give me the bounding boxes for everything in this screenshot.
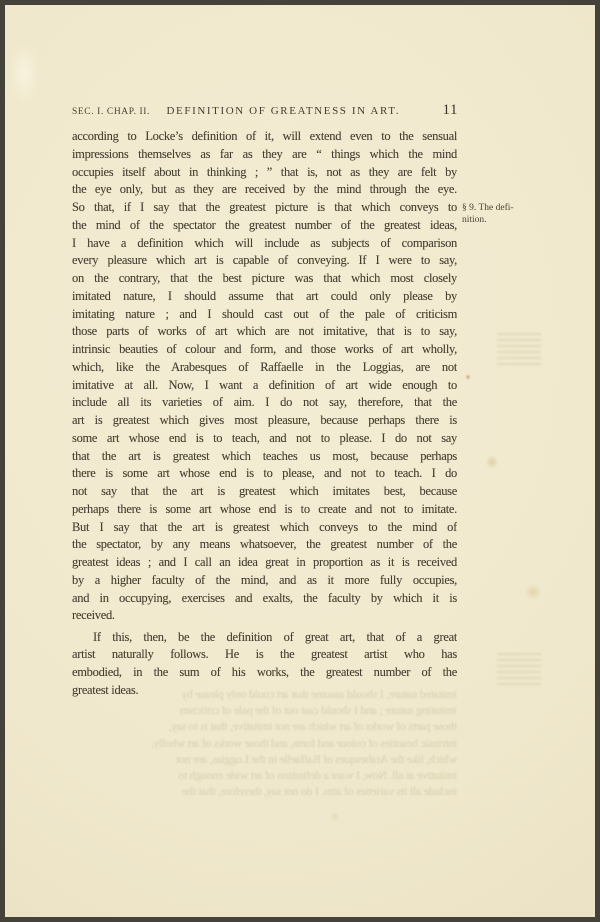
- text-line: according to Locke’s definition of it, w…: [72, 128, 457, 146]
- text-line: If this, then, be the definition of grea…: [72, 629, 457, 647]
- ghost-text-line: intrinsic beauties of colour and form, a…: [70, 735, 457, 751]
- text-line: received.: [72, 607, 457, 625]
- text-line: by a higher faculty of the mind, and as …: [72, 572, 457, 590]
- ghost-text-line: imitative at all. Now, I want a definiti…: [70, 767, 457, 783]
- text-line: and in occupying, exercises and exalts, …: [72, 590, 457, 608]
- text-line: I have a definition which will include a…: [72, 235, 457, 253]
- page-number: 11: [443, 102, 458, 119]
- text-line: art is greatest which gives most pleasur…: [72, 412, 457, 430]
- text-line: the mind of the spectator the greatest n…: [72, 217, 457, 235]
- text-line: greatest ideas ; and I call an idea grea…: [72, 554, 457, 572]
- text-line: not say that the art is greatest which i…: [72, 483, 457, 501]
- text-line: So that, if I say that the greatest pict…: [72, 199, 457, 217]
- ghost-margin-note: [497, 653, 541, 689]
- header-section-label: SEC. I. CHAP. II.: [72, 107, 150, 117]
- paper: SEC. I. CHAP. II. DEFINITION OF GREATNES…: [5, 5, 595, 917]
- ghost-text-line: those parts of works of art which are no…: [70, 718, 457, 734]
- text-line: every pleasure which art is capable of c…: [72, 252, 457, 270]
- text-line: those parts of works of art which are no…: [72, 323, 457, 341]
- header-running-title: DEFINITION OF GREATNESS IN ART.: [166, 105, 400, 117]
- text-line: include all its varieties of aim. I do n…: [72, 394, 457, 412]
- text-line: on the contrary, that the best picture w…: [72, 270, 457, 288]
- text-line: intrinsic beauties of colour and form, a…: [72, 341, 457, 359]
- text-line: the spectator, by any means whatsoever, …: [72, 536, 457, 554]
- paragraph: according to Locke’s definition of it, w…: [72, 128, 457, 625]
- text-line: imitative at all. Now, I want a definiti…: [72, 377, 457, 395]
- text-line: artist naturally follows. He is the grea…: [72, 646, 457, 664]
- paper-crease: [11, 45, 45, 115]
- ghost-text-line: imitating nature ; and I should cast out…: [70, 702, 457, 718]
- margin-note-line: § 9. The defi-: [462, 203, 544, 215]
- text-line: But I say that the art is greatest which…: [72, 519, 457, 537]
- ghost-text-line: which, like the Arabesques of Raffaelle …: [70, 751, 457, 767]
- text-line: that the art is greatest which teaches u…: [72, 448, 457, 466]
- text-line: the eye only, but as they are received b…: [72, 181, 457, 199]
- margin-note: § 9. The defi- nition.: [462, 203, 544, 226]
- ghost-text-line: imitated nature, I should assume that ar…: [70, 686, 457, 702]
- text-line: some art whose end is to teach, and not …: [72, 430, 457, 448]
- text-line: embodied, in the sum of his works, the g…: [72, 664, 457, 682]
- text-line: imitating nature ; and I should cast out…: [72, 306, 457, 324]
- text-line: impressions themselves as far as they ar…: [72, 146, 457, 164]
- ghost-text-line: include all its varieties of aim. I do n…: [70, 783, 457, 799]
- body-text: according to Locke’s definition of it, w…: [72, 128, 457, 700]
- text-line: perhaps there is some art whose end is t…: [72, 501, 457, 519]
- text-line: there is some art whose end is to please…: [72, 465, 457, 483]
- text-line: which, like the Arabesques of Raffaelle …: [72, 359, 457, 377]
- scanned-book-page: SEC. I. CHAP. II. DEFINITION OF GREATNES…: [0, 0, 600, 922]
- margin-note-line: nition.: [462, 215, 544, 227]
- page-header: SEC. I. CHAP. II. DEFINITION OF GREATNES…: [72, 102, 458, 119]
- text-line: imitated nature, I should assume that ar…: [72, 288, 457, 306]
- ghost-margin-note: [497, 333, 541, 365]
- text-line: occupies itself about in thinking ; ” th…: [72, 164, 457, 182]
- ghost-text: imitated nature, I should assume that ar…: [70, 686, 457, 799]
